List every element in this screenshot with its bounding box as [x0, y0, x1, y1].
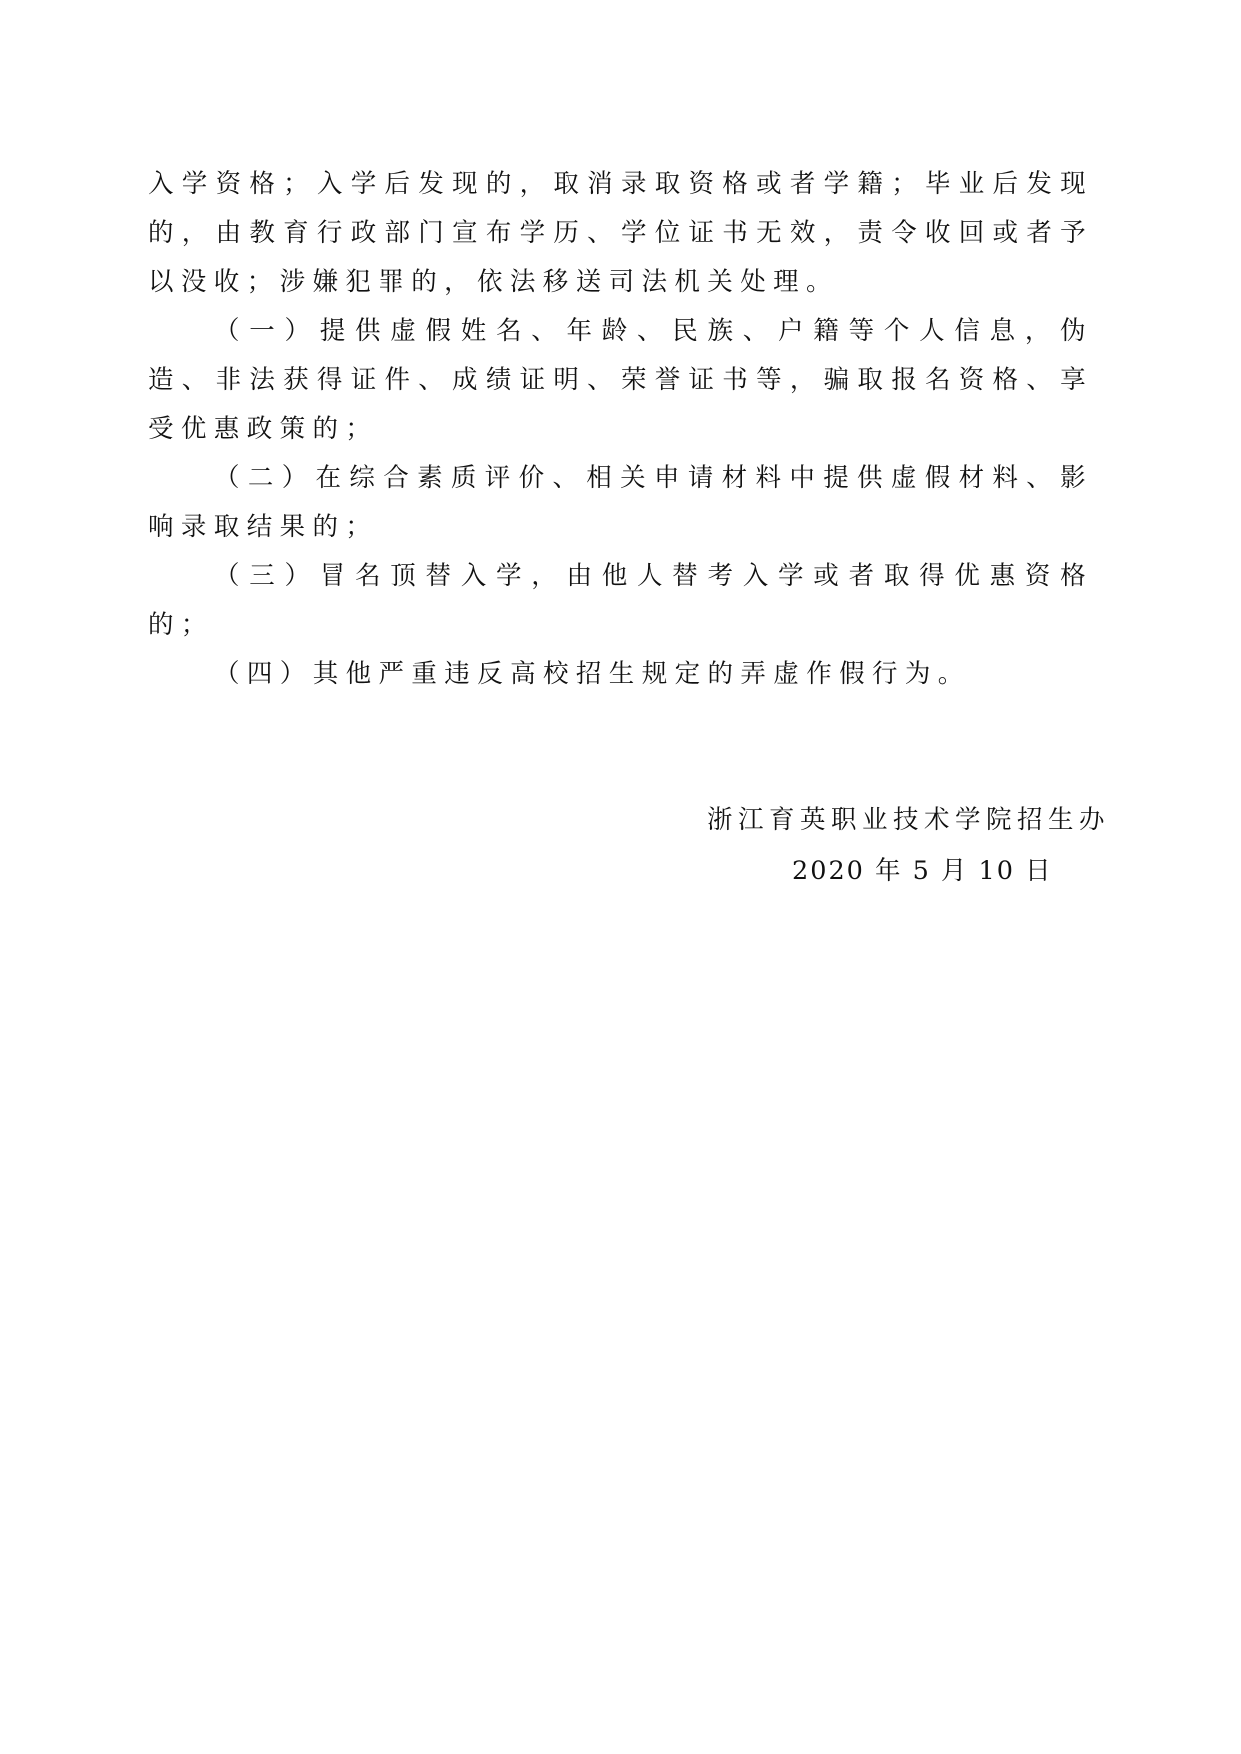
paragraph-item-2: （二）在综合素质评价、相关申请材料中提供虚假材料、影响录取结果的；: [148, 454, 1093, 552]
paragraph-continuation: 入学资格；入学后发现的，取消录取资格或者学籍；毕业后发现的，由教育行政部门宣布学…: [148, 160, 1093, 307]
document-page: 入学资格；入学后发现的，取消录取资格或者学籍；毕业后发现的，由教育行政部门宣布学…: [0, 0, 1241, 1754]
signature-organization: 浙江育英职业技术学院招生办: [707, 800, 1110, 840]
document-body: 入学资格；入学后发现的，取消录取资格或者学籍；毕业后发现的，由教育行政部门宣布学…: [148, 160, 1093, 699]
paragraph-item-1: （一）提供虚假姓名、年龄、民族、户籍等个人信息，伪造、非法获得证件、成绩证明、荣…: [148, 307, 1093, 454]
paragraph-item-3: （三）冒名顶替入学，由他人替考入学或者取得优惠资格的；: [148, 552, 1093, 650]
paragraph-item-4: （四）其他严重违反高校招生规定的弄虚作假行为。: [148, 650, 1093, 699]
signature-date: 2020 年 5 月 10 日: [792, 851, 1053, 891]
